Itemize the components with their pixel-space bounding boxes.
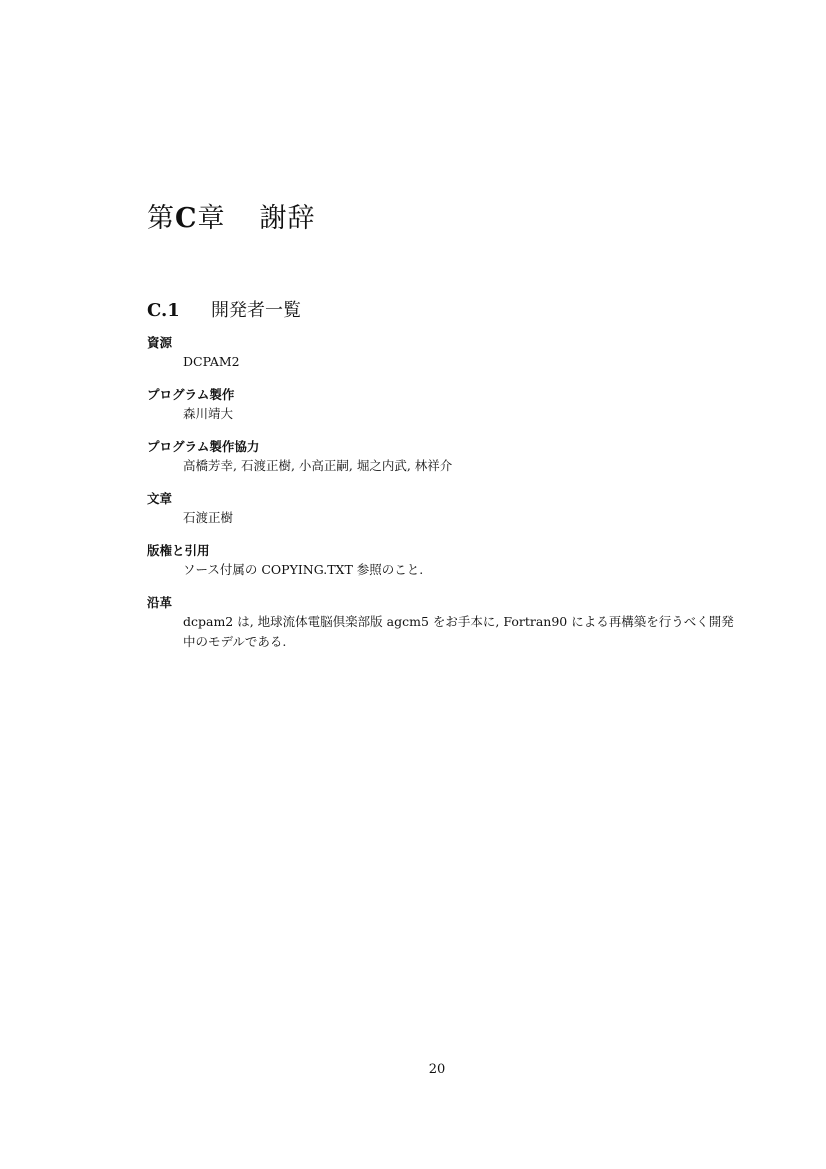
- entry-desc: DCPAM2: [183, 352, 747, 372]
- section-number: C.1: [147, 300, 211, 321]
- developer-list: 資源 DCPAM2 プログラム製作 森川靖大 プログラム製作協力 高橋芳幸, 石…: [147, 334, 747, 666]
- section-heading: C.1開発者一覧: [147, 296, 301, 322]
- chapter-prefix: 第: [147, 203, 175, 234]
- entry-term: 文章: [147, 490, 747, 508]
- chapter-title: 第C章謝辞: [147, 196, 316, 235]
- entry-desc: 森川靖大: [183, 404, 747, 424]
- entry-term: 版権と引用: [147, 542, 747, 560]
- section-title: 開発者一覧: [211, 300, 301, 321]
- chapter-suffix: 章: [198, 203, 226, 234]
- entry-term: 沿革: [147, 594, 747, 612]
- entry-term: プログラム製作協力: [147, 438, 747, 456]
- entry-document: 文章 石渡正樹: [147, 490, 747, 528]
- entry-program: プログラム製作 森川靖大: [147, 386, 747, 424]
- entry-desc: ソース付属の COPYING.TXT 参照のこと.: [183, 560, 747, 580]
- entry-copyright: 版権と引用 ソース付属の COPYING.TXT 参照のこと.: [147, 542, 747, 580]
- chapter-number: C: [175, 203, 198, 234]
- entry-desc: dcpam2 は, 地球流体電脳倶楽部版 agcm5 をお手本に, Fortra…: [183, 612, 743, 652]
- chapter-name: 謝辞: [260, 203, 316, 234]
- entry-history: 沿革 dcpam2 は, 地球流体電脳倶楽部版 agcm5 をお手本に, For…: [147, 594, 747, 652]
- entry-term: プログラム製作: [147, 386, 747, 404]
- entry-resource: 資源 DCPAM2: [147, 334, 747, 372]
- page-number: 20: [0, 1062, 826, 1077]
- entry-desc: 高橋芳幸, 石渡正樹, 小高正嗣, 堀之内武, 林祥介: [183, 456, 747, 476]
- entry-desc: 石渡正樹: [183, 508, 747, 528]
- entry-term: 資源: [147, 334, 747, 352]
- entry-cooperation: プログラム製作協力 高橋芳幸, 石渡正樹, 小高正嗣, 堀之内武, 林祥介: [147, 438, 747, 476]
